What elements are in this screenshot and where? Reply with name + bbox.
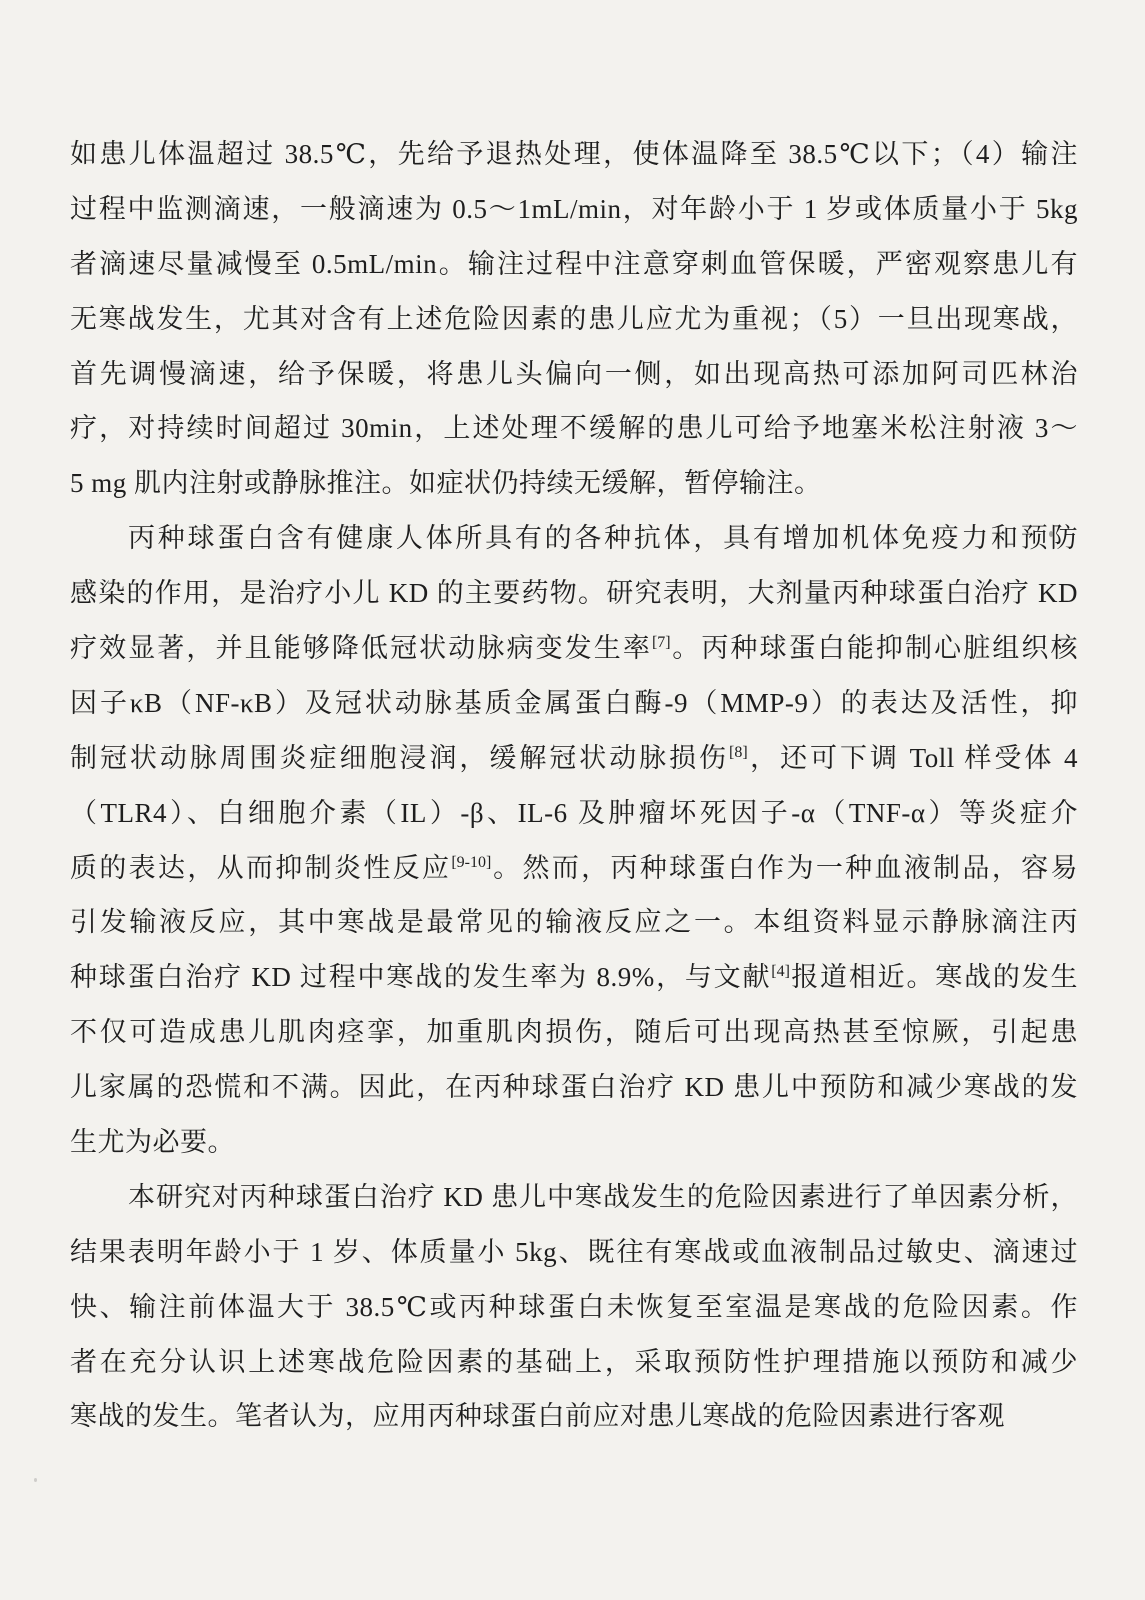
text-line: 无寒战发生，尤其对含有上述危险因素的患儿应尤为重视；（5）一旦出现寒战， — [70, 292, 1078, 347]
text-run: 。丙种球蛋白能抑制心脏组织核 — [671, 633, 1078, 663]
text-run: ，还可下调 Toll 样受体 4 — [748, 743, 1078, 773]
text-run: 快、输注前体温大于 38.5℃或丙种球蛋白未恢复至室温是寒战的危险因素。作 — [70, 1292, 1078, 1322]
text-run: 疗效显著，并且能够降低冠状动脉病变发生率 — [70, 633, 652, 663]
text-line: 质的表达，从而抑制炎性反应[9-10]。然而，丙种球蛋白作为一种血液制品，容易 — [70, 841, 1078, 896]
text-run: 结果表明年龄小于 1 岁、体质量小 5kg、既往有寒战或血液制品过敏史、滴速过 — [70, 1237, 1078, 1267]
text-run: 报道相近。寒战的发生 — [790, 962, 1078, 992]
scan-artifact — [1049, 531, 1053, 537]
text-line: 5 mg 肌内注射或静脉推注。如症状仍持续无缓解，暂停输注。 — [70, 456, 1078, 511]
document-text-block: 如患儿体温超过 38.5℃，先给予退热处理，使体温降至 38.5℃以下；（4）输… — [70, 127, 1078, 1444]
text-line: 疗效显著，并且能够降低冠状动脉病变发生率[7]。丙种球蛋白能抑制心脏组织核 — [70, 621, 1078, 676]
text-line: 者滴速尽量减慢至 0.5mL/min。输注过程中注意穿刺血管保暖，严密观察患儿有 — [70, 237, 1078, 292]
text-line: 丙种球蛋白含有健康人体所具有的各种抗体，具有增加机体免疫力和预防 — [70, 511, 1078, 566]
text-run: 引发输液反应，其中寒战是最常见的输液反应之一。本组资料显示静脉滴注丙 — [70, 907, 1078, 937]
text-run: 者在充分认识上述寒战危险因素的基础上，采取预防性护理措施以预防和减少 — [70, 1347, 1078, 1377]
document-page: 如患儿体温超过 38.5℃，先给予退热处理，使体温降至 38.5℃以下；（4）输… — [0, 0, 1145, 1600]
text-run: 儿家属的恐慌和不满。因此，在丙种球蛋白治疗 KD 患儿中预防和减少寒战的发 — [70, 1072, 1078, 1102]
text-line: 种球蛋白治疗 KD 过程中寒战的发生率为 8.9%，与文献[4]报道相近。寒战的… — [70, 950, 1078, 1005]
text-line: 者在充分认识上述寒战危险因素的基础上，采取预防性护理措施以预防和减少 — [70, 1335, 1078, 1390]
text-run: 如患儿体温超过 38.5℃，先给予退热处理，使体温降至 38.5℃以下；（4）输… — [70, 139, 1078, 169]
text-run: 丙种球蛋白含有健康人体所具有的各种抗体，具有增加机体免疫力和预防 — [128, 523, 1078, 553]
text-line: 生尤为必要。 — [70, 1115, 1078, 1170]
text-line: （TLR4）、白细胞介素（IL）-β、IL-6 及肿瘤坏死因子-α（TNF-α）… — [70, 786, 1078, 841]
paragraph: 丙种球蛋白含有健康人体所具有的各种抗体，具有增加机体免疫力和预防感染的作用，是治… — [70, 511, 1078, 1170]
text-line: 感染的作用，是治疗小儿 KD 的主要药物。研究表明，大剂量丙种球蛋白治疗 KD — [70, 566, 1078, 621]
text-run: 无寒战发生，尤其对含有上述危险因素的患儿应尤为重视；（5）一旦出现寒战， — [70, 304, 1078, 334]
text-line: 如患儿体温超过 38.5℃，先给予退热处理，使体温降至 38.5℃以下；（4）输… — [70, 127, 1078, 182]
text-run: 者滴速尽量减慢至 0.5mL/min。输注过程中注意穿刺血管保暖，严密观察患儿有 — [70, 249, 1078, 279]
text-line: 快、输注前体温大于 38.5℃或丙种球蛋白未恢复至室温是寒战的危险因素。作 — [70, 1280, 1078, 1335]
text-line: 结果表明年龄小于 1 岁、体质量小 5kg、既往有寒战或血液制品过敏史、滴速过 — [70, 1225, 1078, 1280]
text-line: 儿家属的恐慌和不满。因此，在丙种球蛋白治疗 KD 患儿中预防和减少寒战的发 — [70, 1060, 1078, 1115]
text-run: 不仅可造成患儿肌肉痉挛，加重肌肉损伤，随后可出现高热甚至惊厥，引起患 — [70, 1017, 1078, 1047]
paragraph: 本研究对丙种球蛋白治疗 KD 患儿中寒战发生的危险因素进行了单因素分析，结果表明… — [70, 1170, 1078, 1444]
text-run: 感染的作用，是治疗小儿 KD 的主要药物。研究表明，大剂量丙种球蛋白治疗 KD — [70, 578, 1078, 608]
text-line: 首先调慢滴速，给予保暖，将患儿头偏向一侧，如出现高热可添加阿司匹林治 — [70, 347, 1078, 402]
text-run: 疗，对持续时间超过 30min，上述处理不缓解的患儿可给予地塞米松注射液 3～ — [70, 413, 1078, 443]
text-line: 过程中监测滴速，一般滴速为 0.5～1mL/min，对年龄小于 1 岁或体质量小… — [70, 182, 1078, 237]
text-run: 过程中监测滴速，一般滴速为 0.5～1mL/min，对年龄小于 1 岁或体质量小… — [70, 194, 1078, 224]
text-line: 本研究对丙种球蛋白治疗 KD 患儿中寒战发生的危险因素进行了单因素分析， — [70, 1170, 1078, 1225]
text-line: 寒战的发生。笔者认为，应用丙种球蛋白前应对患儿寒战的危险因素进行客观 — [70, 1389, 1078, 1444]
text-run: （TLR4）、白细胞介素（IL）-β、IL-6 及肿瘤坏死因子-α（TNF-α）… — [70, 798, 1078, 828]
text-run: 寒战的发生。笔者认为，应用丙种球蛋白前应对患儿寒战的危险因素进行客观 — [70, 1401, 1005, 1431]
text-line: 疗，对持续时间超过 30min，上述处理不缓解的患儿可给予地塞米松注射液 3～ — [70, 401, 1078, 456]
text-run: 种球蛋白治疗 KD 过程中寒战的发生率为 8.9%，与文献 — [70, 962, 771, 992]
text-run: 质的表达，从而抑制炎性反应 — [70, 853, 451, 883]
text-line: 不仅可造成患儿肌肉痉挛，加重肌肉损伤，随后可出现高热甚至惊厥，引起患 — [70, 1005, 1078, 1060]
text-run: 首先调慢滴速，给予保暖，将患儿头偏向一侧，如出现高热可添加阿司匹林治 — [70, 359, 1078, 389]
text-line: 因子κB（NF-κB）及冠状动脉基质金属蛋白酶-9（MMP-9）的表达及活性，抑 — [70, 676, 1078, 731]
text-run: 本研究对丙种球蛋白治疗 KD 患儿中寒战发生的危险因素进行了单因素分析， — [128, 1182, 1078, 1212]
text-line: 引发输液反应，其中寒战是最常见的输液反应之一。本组资料显示静脉滴注丙 — [70, 895, 1078, 950]
text-line: 制冠状动脉周围炎症细胞浸润，缓解冠状动脉损伤[8]，还可下调 Toll 样受体 … — [70, 731, 1078, 786]
text-run: 5 mg 肌内注射或静脉推注。如症状仍持续无缓解，暂停输注。 — [70, 468, 822, 498]
scan-artifact — [34, 1478, 37, 1482]
text-run: 生尤为必要。 — [70, 1127, 235, 1157]
text-run: 。然而，丙种球蛋白作为一种血液制品，容易 — [491, 853, 1078, 883]
text-run: 制冠状动脉周围炎症细胞浸润，缓解冠状动脉损伤 — [70, 743, 729, 773]
text-run: 因子κB（NF-κB）及冠状动脉基质金属蛋白酶-9（MMP-9）的表达及活性，抑 — [70, 688, 1078, 718]
paragraph: 如患儿体温超过 38.5℃，先给予退热处理，使体温降至 38.5℃以下；（4）输… — [70, 127, 1078, 511]
